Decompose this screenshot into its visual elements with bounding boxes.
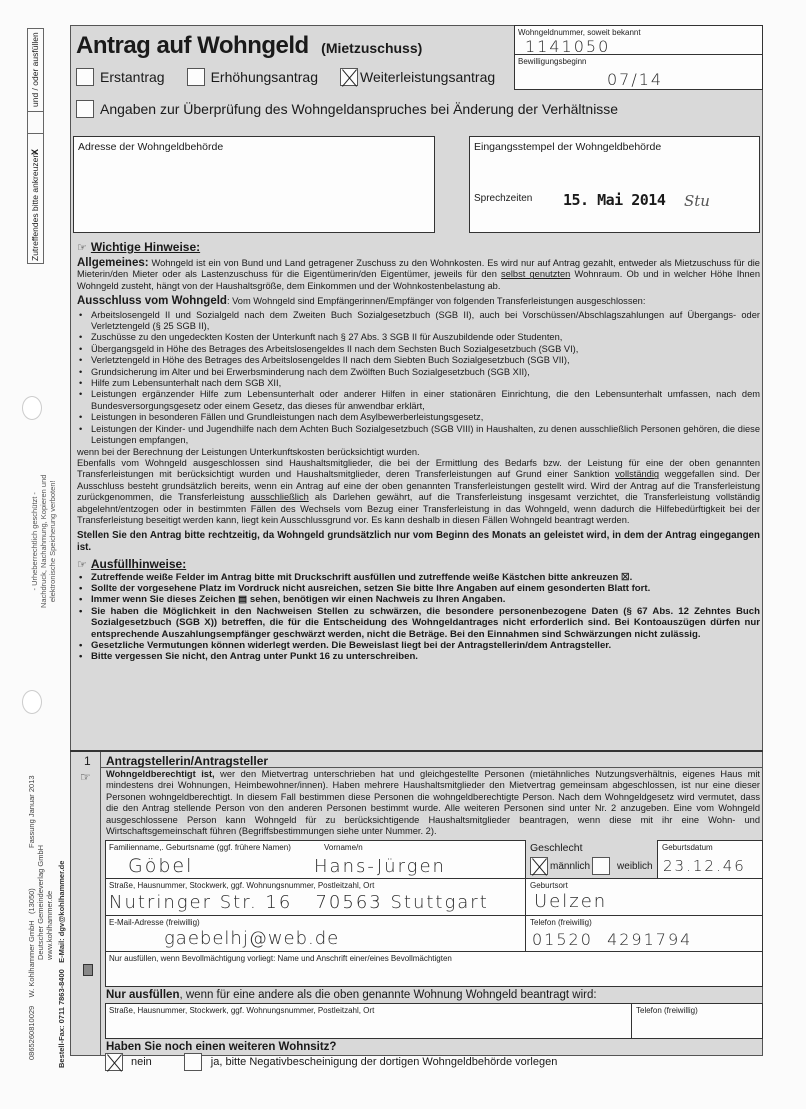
exclusion-list: Arbeitslosengeld II und Sozialgeld nach …	[77, 310, 760, 447]
section-number: 1	[84, 754, 91, 768]
surname-label: Familienname,. Geburtsname (ggf. frühere…	[109, 843, 291, 852]
pointing-hand-icon: ☞	[77, 241, 87, 254]
gender-label: Geschlecht	[530, 842, 583, 854]
exclusion-more-underlined: vollständig	[615, 469, 659, 479]
phone-label: Telefon (freiwillig)	[530, 918, 592, 927]
residence-yes-checkbox[interactable]	[184, 1053, 202, 1071]
exclusion-item: Grundsicherung im Alter und bei Erwerbsm…	[77, 367, 760, 378]
exclusion-condition: wenn bei der Berechnung der Leistungen U…	[77, 447, 760, 458]
birthplace-value: Uelzen	[534, 891, 607, 912]
publisher-name-2: Deutscher Gemeindeverlag GmbH	[36, 845, 45, 960]
form-version: Fassung Januar 2013	[27, 775, 36, 848]
title-text: Antrag auf Wohngeld	[76, 32, 309, 59]
stamp-label: Eingangsstempel der Wohngeldbehörde	[474, 141, 661, 153]
other-address-field[interactable]: Straße, Hausnummer, Stockwerk, ggf. Wohn…	[105, 1003, 632, 1039]
other-flat-text: , wenn für eine andere als die oben gena…	[179, 989, 596, 1001]
authority-address-label: Adresse der Wohngeldbehörde	[78, 141, 223, 153]
bewilligung-label: Bewilligungsbeginn	[518, 57, 587, 66]
instruction-left: Zutreffendes bitte ankreuzen	[30, 153, 40, 261]
change-option: Angaben zur Überprüfung des Wohngeldansp…	[76, 100, 618, 118]
birthplace-label: Geburtsort	[530, 881, 568, 890]
other-flat-heading: Nur ausfüllen, wenn für eine andere als …	[106, 989, 597, 1001]
gender-male-checkbox[interactable]	[530, 857, 548, 875]
exclusion-intro-text: : Vom Wohngeld sind Empfängerinnen/Empfä…	[227, 296, 645, 306]
timing-note: Stellen Sie den Antrag bitte rechtzeitig…	[77, 530, 760, 553]
firstname-value: Hans-Jürgen	[314, 856, 446, 877]
name-field[interactable]: Familienname,. Geburtsname (ggf. frühere…	[105, 840, 526, 879]
fill-notes-title: Ausfüllhinweise:	[91, 557, 186, 571]
weiterleistungsantrag-label: Weiterleistungsantrag	[360, 69, 495, 85]
second-residence-question: Haben Sie noch einen weiteren Wohnsitz?	[106, 1041, 336, 1053]
erhoehungsantrag-label: Erhöhungsantrag	[211, 69, 318, 85]
exclusion-item: Leistungen in besonderen Fällen und Grun…	[77, 412, 760, 423]
application-type-group: Erstantrag Erhöhungsantrag Weiterleistun…	[76, 68, 495, 86]
gender-field: Geschlecht männlich weiblich	[526, 840, 657, 879]
exclusion-item: Leistungen der Kinder- und Jugendhilfe n…	[77, 424, 760, 447]
proof-required-icon	[83, 964, 93, 976]
exclusion-item: Zuschüsse zu den ungedeckten Kosten der …	[77, 332, 760, 343]
general-text-underlined: selbst genutzten	[501, 269, 570, 279]
birthdate-field[interactable]: Geburtsdatum 23.12.46	[657, 840, 763, 879]
surname-value: Göbel	[128, 855, 193, 877]
exclusion-item: Verletztengeld in Höhe des Betrages des …	[77, 355, 760, 366]
residence-no-checkbox[interactable]	[105, 1053, 123, 1071]
punch-hole	[22, 396, 42, 420]
bewilligung-value: 07/14	[607, 70, 663, 89]
bewilligungsbeginn-field[interactable]: Bewilligungsbeginn 07/14	[514, 54, 763, 90]
publisher-info: 0865260810029 W. Kohlhammer GmbH (13050)	[27, 888, 36, 1060]
stamp-initials: Stu	[684, 192, 710, 210]
pointing-hand-icon: ☞	[80, 770, 91, 784]
exclusion-title: Ausschluss vom Wohngeld	[77, 295, 227, 307]
exclusion-intro: Ausschluss vom Wohngeld: Vom Wohngeld si…	[77, 296, 760, 307]
email-label: E-Mail-Adresse (freiwillig)	[109, 918, 200, 927]
form-title: Antrag auf Wohngeld (Mietzuschuss)	[76, 32, 422, 60]
email-value: gaebelhj@web.de	[164, 928, 339, 949]
section-divider	[70, 750, 763, 752]
eligibility-info-bold: Wohngeldberechtigt ist,	[106, 769, 215, 779]
pointing-hand-icon: ☞	[77, 560, 87, 571]
address-field[interactable]: Straße, Hausnummer, Stockwerk, ggf. Wohn…	[105, 878, 526, 916]
other-phone-label: Telefon (freiwillig)	[636, 1006, 698, 1015]
firstname-label: Vorname/n	[324, 843, 363, 852]
fill-notes-heading: ☞Ausfüllhinweise:	[77, 559, 760, 571]
birthdate-value: 23.12.46	[663, 857, 746, 875]
fill-notes-list: Zutreffende weiße Felder im Antrag bitte…	[77, 572, 760, 663]
fill-note-item: Sollte der vorgesehene Platz im Vordruck…	[77, 583, 760, 594]
exclusion-item: Hilfe zum Lebensunterhalt nach dem SGB X…	[77, 378, 760, 389]
other-flat-bold: Nur ausfüllen	[106, 989, 179, 1001]
receipt-stamp-date: 15. Mai 2014	[563, 191, 665, 209]
wohngeldnummer-label: Wohngeldnummer, soweit bekannt	[518, 28, 641, 37]
publisher-web: www.kohlhammer.de	[45, 891, 54, 960]
second-residence-options: nein ja, bitte Negativbescheinigung der …	[105, 1053, 557, 1071]
phone-field[interactable]: Telefon (freiwillig) 01520 4291794	[525, 915, 763, 952]
phone-value: 01520 4291794	[532, 930, 692, 949]
exclusion-item: Übergangsgeld in Höhe des Betrages des A…	[77, 344, 760, 355]
section-title: Antragstellerin/Antragsteller	[106, 754, 268, 768]
fill-note-item: Immer wenn Sie dieses Zeichen ▤ sehen, b…	[77, 594, 760, 605]
publisher-code: 0865260810029	[27, 1006, 36, 1060]
office-hours-label: Sprechzeiten	[474, 193, 532, 204]
weiterleistungsantrag-checkbox[interactable]	[340, 68, 358, 86]
order-email: E-Mail: dgv@kohlhammer.de	[57, 861, 66, 963]
punch-hole	[22, 690, 42, 714]
copyright-line: Nachdruck, Nachahmung, Kopieren und	[39, 475, 48, 608]
proxy-label: Nur ausfüllen, wenn Bevollmächtigung vor…	[109, 954, 452, 963]
notes-body: Allgemeines: Wohngeld ist ein von Bund u…	[77, 258, 760, 663]
instruction-right: und / oder ausfüllen	[30, 32, 40, 107]
order-fax: Bestell-Fax: 0711 7863-8400	[57, 969, 66, 1068]
fill-note-item: Zutreffende weiße Felder im Antrag bitte…	[77, 572, 760, 583]
publisher-number: (13050)	[27, 888, 36, 914]
erstantrag-label: Erstantrag	[100, 69, 165, 85]
general-notes: Allgemeines: Wohngeld ist ein von Bund u…	[77, 258, 760, 292]
erstantrag-checkbox[interactable]	[76, 68, 94, 86]
section-number-column	[100, 752, 101, 1056]
exclusion-item: Arbeitslosengeld II und Sozialgeld nach …	[77, 310, 760, 333]
residence-yes-label: ja, bitte Negativbescheinigung der dorti…	[211, 1056, 558, 1068]
address-value: Nutringer Str. 16 70563 Stuttgart	[109, 892, 489, 913]
other-phone-field[interactable]: Telefon (freiwillig)	[631, 1003, 763, 1039]
important-notes-title: Wichtige Hinweise:	[91, 240, 200, 254]
copyright-line: - Urheberrechtlich geschützt -	[30, 475, 39, 608]
birthdate-label: Geburtsdatum	[662, 843, 713, 852]
change-label: Angaben zur Überprüfung des Wohngeldansp…	[100, 101, 618, 117]
email-field[interactable]: E-Mail-Adresse (freiwillig) gaebelhj@web…	[105, 915, 526, 952]
publisher-name: W. Kohlhammer GmbH	[27, 920, 36, 997]
subtitle-text: (Mietzuschuss)	[321, 40, 422, 56]
change-checkbox[interactable]	[76, 100, 94, 118]
fill-note-item: Sie haben die Möglichkeit in den Nachwei…	[77, 606, 760, 640]
residence-no-label: nein	[131, 1056, 152, 1068]
address-label: Straße, Hausnummer, Stockwerk, ggf. Wohn…	[109, 881, 374, 890]
exclusion-more: Ebenfalls vom Wohngeld ausgeschlossen si…	[77, 458, 760, 526]
section-title-divider	[100, 767, 763, 768]
erhoehungsantrag-checkbox[interactable]	[187, 68, 205, 86]
copyright-note: - Urheberrechtlich geschützt - Nachdruck…	[30, 475, 57, 608]
publisher-info-2: Deutscher Gemeindeverlag GmbH	[36, 845, 45, 960]
fill-instruction-legend: Zutreffendes bitte ankreuzen X und / ode…	[27, 28, 44, 264]
gender-male-label: männlich	[550, 861, 590, 872]
eligibility-info-text: wer den Mietvertrag unterschrieben hat u…	[106, 769, 760, 836]
gender-female-label: weiblich	[617, 861, 653, 872]
exclusion-more-underlined: ausschließlich	[250, 492, 308, 502]
wohngeldnummer-field[interactable]: Wohngeldnummer, soweit bekannt 1141050	[514, 25, 763, 55]
important-notes-heading: ☞Wichtige Hinweise:	[77, 240, 200, 254]
proxy-field[interactable]: Nur ausfüllen, wenn Bevollmächtigung vor…	[105, 951, 763, 987]
fill-note-item: Gesetzliche Vermutungen können widerlegt…	[77, 640, 760, 651]
receipt-stamp-field: Eingangsstempel der Wohngeldbehörde Spre…	[469, 136, 760, 233]
exclusion-item: Leistungen ergänzender Hilfe zum Lebensu…	[77, 389, 760, 412]
other-address-label: Straße, Hausnummer, Stockwerk, ggf. Wohn…	[109, 1006, 374, 1015]
birthplace-field[interactable]: Geburtsort Uelzen	[525, 878, 763, 916]
general-title: Allgemeines:	[77, 257, 149, 269]
fill-note-item: Bitte vergessen Sie nicht, den Antrag un…	[77, 651, 760, 662]
eligibility-info: Wohngeldberechtigt ist, wer den Mietvert…	[106, 769, 760, 837]
authority-address-field[interactable]: Adresse der Wohngeldbehörde	[73, 136, 435, 233]
order-contact: Bestell-Fax: 0711 7863-8400 E-Mail: dgv@…	[57, 861, 66, 1068]
gender-female-checkbox[interactable]	[592, 857, 610, 875]
copyright-line: elektronische Speicherung verboten!	[48, 475, 57, 608]
instruction-mark: X	[30, 149, 40, 155]
